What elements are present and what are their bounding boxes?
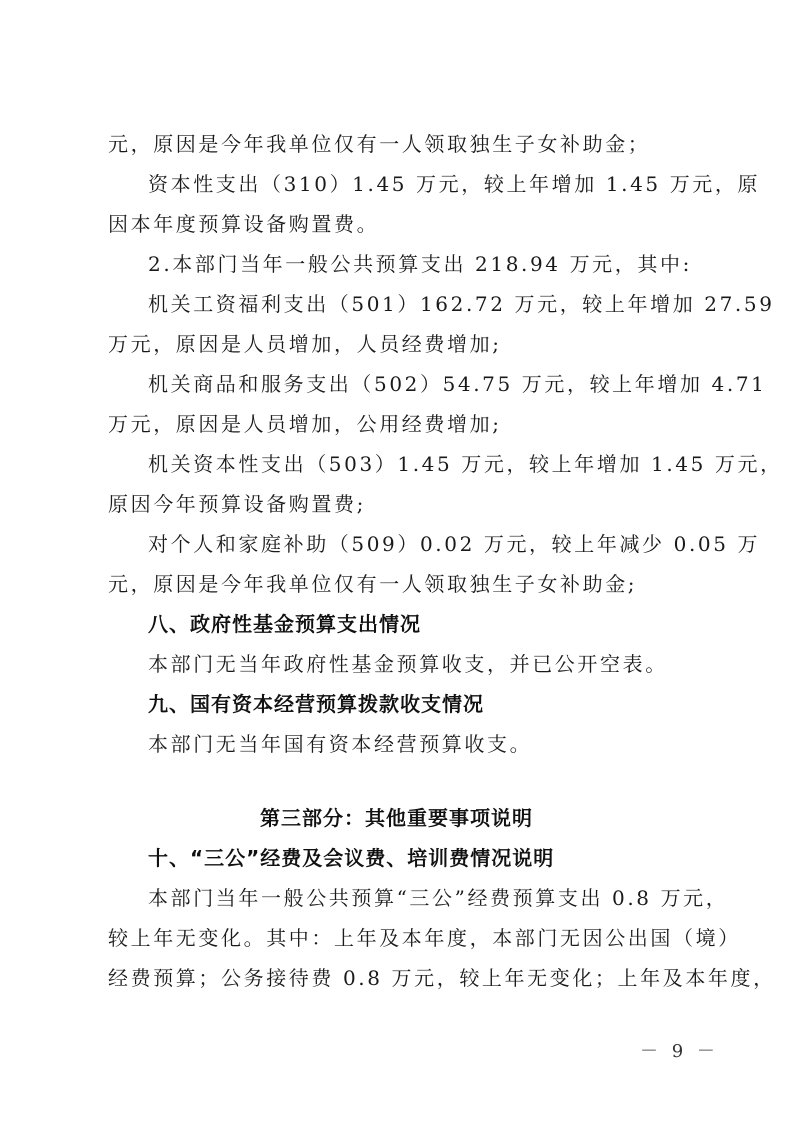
paragraph-line: 元，原因是今年我单位仅有一人领取独生子女补助金；	[108, 132, 650, 156]
paragraph-line: 因本年度预算设备购置费。	[108, 212, 379, 236]
page-number: － 9 －	[640, 1037, 719, 1063]
paragraph-line: 机关商品和服务支出（502）54.75 万元，较上年增加 4.71	[148, 372, 766, 396]
paragraph-line: 资本性支出（310）1.45 万元，较上年增加 1.45 万元，原	[148, 172, 760, 196]
part-3-title: 第三部分：其他重要事项说明	[0, 806, 793, 830]
document-page: 元，原因是今年我单位仅有一人领取独生子女补助金； 资本性支出（310）1.45 …	[0, 0, 793, 1122]
section-9-body: 本部门无当年国有资本经营预算收支。	[148, 732, 532, 756]
paragraph-line: 对个人和家庭补助（509）0.02 万元，较上年减少 0.05 万	[148, 532, 760, 556]
section-9-heading: 九、国有资本经营预算拨款收支情况	[148, 692, 484, 716]
section-8-heading: 八、政府性基金预算支出情况	[148, 612, 421, 636]
section-8-body: 本部门无当年政府性基金预算收支，并已公开空表。	[148, 652, 668, 676]
paragraph-line: 万元，原因是人员增加，公用经费增加;	[108, 412, 502, 436]
paragraph-line: 元，原因是今年我单位仅有一人领取独生子女补助金;	[108, 572, 637, 596]
paragraph-line: 机关工资福利支出（501）162.72 万元，较上年增加 27.59	[148, 292, 775, 316]
paragraph-line: 万元，原因是人员增加，人员经费增加;	[108, 332, 502, 356]
section-10-heading: 十、“三公”经费及会议费、培训费情况说明	[148, 846, 554, 870]
paragraph-line: 本部门当年一般公共预算“三公”经费预算支出 0.8 万元，	[148, 886, 728, 910]
paragraph-line: 2.本部门当年一般公共预算支出 218.94 万元，其中:	[148, 252, 692, 276]
paragraph-line: 较上年无变化。其中：上年及本年度，本部门无因公出国（境）	[108, 926, 741, 950]
paragraph-line: 机关资本性支出（503）1.45 万元，较上年增加 1.45 万元，	[148, 452, 783, 476]
paragraph-line: 原因今年预算设备购置费;	[108, 492, 366, 516]
paragraph-line: 经费预算；公务接待费 0.8 万元，较上年无变化；上年及本年度，	[108, 966, 776, 990]
